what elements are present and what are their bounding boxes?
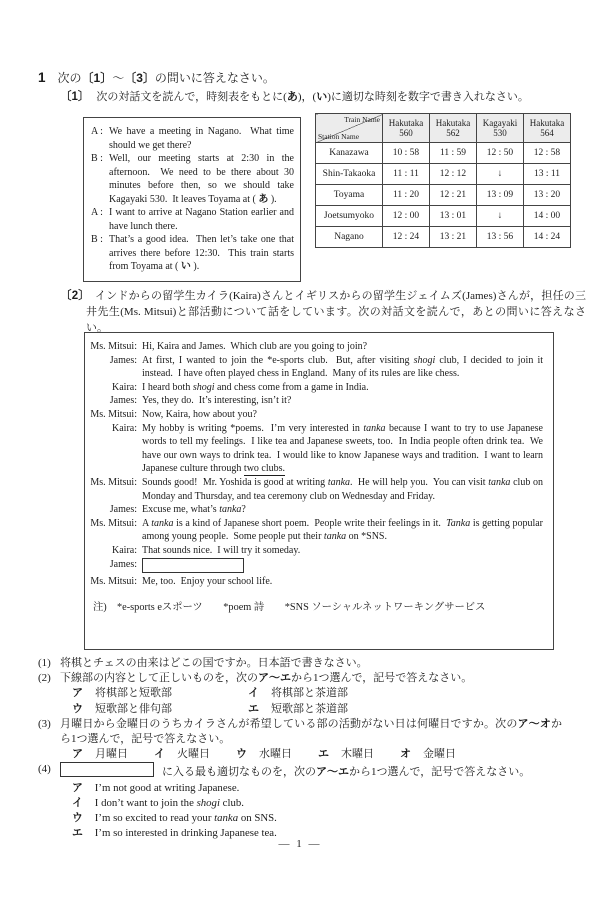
dialogue-turn: Ms. Mitsui Me, too. Enjoy your school li… bbox=[89, 575, 543, 589]
option-item: イ将棋部と茶道部 bbox=[248, 686, 562, 701]
option-text: 木曜日 bbox=[341, 748, 374, 760]
time-cell: 12 : 21 bbox=[430, 185, 477, 206]
option-text: 火曜日 bbox=[177, 748, 210, 760]
option-item: エ短歌部と茶道部 bbox=[248, 702, 562, 717]
dialogue-text: Me, too. Enjoy your school life. bbox=[142, 575, 543, 589]
page-number: — 1 — bbox=[0, 838, 600, 850]
speaker-label: James bbox=[89, 354, 137, 381]
dialogue-text: Excuse me, what’s tanka? bbox=[142, 503, 543, 517]
option-item: ウ短歌部と俳句部 bbox=[72, 702, 248, 717]
timetable-row: Toyama 11 : 20 12 : 21 13 : 09 13 : 20 bbox=[316, 185, 571, 206]
option-label: オ bbox=[400, 748, 411, 760]
dialogue-text: That’s a good idea. Then let’s take one … bbox=[109, 233, 294, 274]
section2-instruction: インドからの留学生カイラ(Kaira)さんとイギリスからの留学生ジェイムズ(Ja… bbox=[86, 290, 586, 334]
dialogue-text: That sounds nice. I will try it someday. bbox=[142, 544, 543, 558]
option-label: イ bbox=[154, 748, 165, 760]
time-cell: 11 : 59 bbox=[430, 143, 477, 164]
time-cell: ↓ bbox=[477, 206, 524, 227]
dialogue2-turns: Ms. Mitsui Hi, Kaira and James. Which cl… bbox=[89, 340, 543, 589]
option-text: I don’t want to join the shogi club. bbox=[95, 797, 244, 809]
time-cell: 13 : 09 bbox=[477, 185, 524, 206]
speaker-label: James bbox=[89, 503, 137, 517]
answer-blank-box bbox=[142, 558, 244, 573]
dialogue-text: Now, Kaira, how about you? bbox=[142, 408, 543, 422]
dialogue-text: We have a meeting in Nagano. What time s… bbox=[109, 125, 294, 152]
speaker-label: B bbox=[91, 152, 103, 206]
speaker-label: James bbox=[89, 558, 137, 576]
dialogue-text: Sounds good! Mr. Yoshida is good at writ… bbox=[142, 476, 543, 503]
option-label: ウ bbox=[72, 703, 83, 715]
option-label: ア bbox=[72, 687, 83, 699]
speaker-label: A bbox=[91, 125, 103, 152]
option-item: ウ水曜日 bbox=[236, 747, 292, 762]
dialogue-turn: Ms. Mitsui Sounds good! Mr. Yoshida is g… bbox=[89, 476, 543, 503]
dialogue-text bbox=[142, 558, 543, 576]
dialogue-turn: Kaira I heard both shogi and chess come … bbox=[89, 381, 543, 395]
dialogue-turn: James Yes, they do. It’s interesting, is… bbox=[89, 394, 543, 408]
option-label: ア bbox=[72, 782, 83, 794]
option-text: 水曜日 bbox=[259, 748, 292, 760]
dialogue-turn: James At first, I wanted to join the *e-… bbox=[89, 354, 543, 381]
speaker-label: B bbox=[91, 233, 103, 274]
option-text: 金曜日 bbox=[423, 748, 456, 760]
dialogue-text: My hobby is writing *poems. I’m very int… bbox=[142, 422, 543, 476]
option-label: ウ bbox=[72, 812, 83, 824]
question-2: (2) 下線部の内容として正しいものを，次のア～エから1つ選んで，記号で答えなさ… bbox=[38, 671, 562, 686]
option-item: ウI’m so excited to read your tanka on SN… bbox=[72, 811, 562, 826]
section1-instruction: 次の対話文を読んで，時刻表をもとに(あ)，(い)に適切な時刻を数字で書き入れなさ… bbox=[96, 91, 528, 103]
dialogue-turn: A We have a meeting in Nagano. What time… bbox=[91, 125, 294, 152]
question-text: 将棋とチェスの由来はどこの国ですか。日本語で書きなさい。 bbox=[60, 656, 562, 671]
option-text: I’m not good at writing Japanese. bbox=[95, 782, 240, 794]
option-text: 将棋部と茶道部 bbox=[271, 687, 348, 699]
time-cell: 12 : 24 bbox=[383, 227, 430, 248]
option-text: I’m so excited to read your tanka on SNS… bbox=[95, 812, 277, 824]
question-number: (4) bbox=[38, 762, 60, 780]
speaker-label: A bbox=[91, 206, 103, 233]
section2-heading: 〔2〕インドからの留学生カイラ(Kaira)さんとイギリスからの留学生ジェイムズ… bbox=[60, 288, 586, 337]
train-timetable: Train Name Station Name Hakutaka 560 Hak… bbox=[315, 113, 571, 248]
dialogue-turn: B Well, our meeting starts at 2:30 in th… bbox=[91, 152, 294, 206]
speaker-label: Kaira bbox=[89, 544, 137, 558]
dialogue-box-2: Ms. Mitsui Hi, Kaira and James. Which cl… bbox=[84, 332, 554, 650]
speaker-label: Ms. Mitsui bbox=[89, 476, 137, 503]
station-name-cell: Joetsumyoko bbox=[316, 206, 383, 227]
time-cell: 12 : 12 bbox=[430, 164, 477, 185]
dialogue-turn: B That’s a good idea. Then let’s take on… bbox=[91, 233, 294, 274]
dialogue-turn: Ms. Mitsui Now, Kaira, how about you? bbox=[89, 408, 543, 422]
speaker-label: Kaira bbox=[89, 422, 137, 476]
option-label: エ bbox=[318, 748, 329, 760]
corner-station-name-label: Station Name bbox=[318, 132, 359, 141]
question-3: (3) 月曜日から金曜日のうちカイラさんが希望している部の活動がない日は何曜日で… bbox=[38, 717, 562, 747]
time-cell: 11 : 11 bbox=[383, 164, 430, 185]
station-name-cell: Shin-Takaoka bbox=[316, 164, 383, 185]
option-text: 短歌部と俳句部 bbox=[95, 703, 172, 715]
time-cell: 11 : 20 bbox=[383, 185, 430, 206]
dialogue-turn: Ms. Mitsui A tanka is a kind of Japanese… bbox=[89, 517, 543, 544]
time-cell: 14 : 00 bbox=[524, 206, 571, 227]
timetable-header-row: Train Name Station Name Hakutaka 560 Hak… bbox=[316, 114, 571, 143]
question-text: 下線部の内容として正しいものを，次のア～エから1つ選んで，記号で答えなさい。 bbox=[60, 671, 562, 686]
time-cell: 13 : 11 bbox=[524, 164, 571, 185]
vocabulary-notes: 注) *e-sports eスポーツ *poem 詩 *SNS ソーシャルネット… bbox=[93, 601, 543, 615]
station-name-cell: Kanazawa bbox=[316, 143, 383, 164]
train-header: Hakutaka 562 bbox=[430, 114, 477, 143]
station-name-cell: Toyama bbox=[316, 185, 383, 206]
section2-label: 〔2〕 bbox=[60, 290, 90, 302]
speaker-label: Ms. Mitsui bbox=[89, 340, 137, 354]
main-question-number: 1 bbox=[38, 70, 46, 85]
train-header: Hakutaka 560 bbox=[383, 114, 430, 143]
dialogue-turn: James Excuse me, what’s tanka? bbox=[89, 503, 543, 517]
dialogue-text: Yes, they do. It’s interesting, isn’t it… bbox=[142, 394, 543, 408]
dialogue-turn: James bbox=[89, 558, 543, 576]
option-label: イ bbox=[72, 797, 83, 809]
option-label: イ bbox=[248, 687, 259, 699]
option-item: イI don’t want to join the shogi club. bbox=[72, 796, 562, 811]
question-text: 月曜日から金曜日のうちカイラさんが希望している部の活動がない日は何曜日ですか。次… bbox=[60, 717, 562, 747]
train-header: Kagayaki 530 bbox=[477, 114, 524, 143]
timetable-corner-cell: Train Name Station Name bbox=[316, 114, 383, 143]
questions: (1) 将棋とチェスの由来はどこの国ですか。日本語で書きなさい。 (2) 下線部… bbox=[38, 656, 562, 841]
question-number: (1) bbox=[38, 656, 60, 671]
time-cell: 12 : 00 bbox=[383, 206, 430, 227]
dialogue-turn: Kaira That sounds nice. I will try it so… bbox=[89, 544, 543, 558]
speaker-label: Ms. Mitsui bbox=[89, 408, 137, 422]
time-cell: 12 : 50 bbox=[477, 143, 524, 164]
option-item: ア将棋部と短歌部 bbox=[72, 686, 248, 701]
question-number: (2) bbox=[38, 671, 60, 686]
main-question-heading: 1次の〔1〕～〔3〕の問いに答えなさい。 bbox=[38, 69, 275, 86]
option-label: ア bbox=[72, 748, 83, 760]
question-4: (4) に入る最も適切なものを，次のア～エから1つ選んで，記号で答えなさい。 bbox=[38, 762, 562, 780]
question-2-options: ア将棋部と短歌部 イ将棋部と茶道部 ウ短歌部と俳句部 エ短歌部と茶道部 bbox=[38, 686, 562, 716]
option-item: ア月曜日 bbox=[72, 747, 128, 762]
answer-blank-box bbox=[60, 762, 154, 777]
option-item: オ金曜日 bbox=[400, 747, 456, 762]
section1-heading: 〔1〕次の対話文を読んで，時刻表をもとに(あ)，(い)に適切な時刻を数字で書き入… bbox=[60, 88, 529, 104]
dialogue-turn: A I want to arrive at Nagano Station ear… bbox=[91, 206, 294, 233]
dialogue-turn: Ms. Mitsui Hi, Kaira and James. Which cl… bbox=[89, 340, 543, 354]
time-cell: 14 : 24 bbox=[524, 227, 571, 248]
speaker-label: Kaira bbox=[89, 381, 137, 395]
timetable-row: Nagano 12 : 24 13 : 21 13 : 56 14 : 24 bbox=[316, 227, 571, 248]
option-text: 将棋部と短歌部 bbox=[95, 687, 172, 699]
timetable-row: Shin-Takaoka 11 : 11 12 : 12 ↓ 13 : 11 bbox=[316, 164, 571, 185]
time-cell: 13 : 01 bbox=[430, 206, 477, 227]
option-label: ウ bbox=[236, 748, 247, 760]
question-4-options: アI’m not good at writing Japanese. イI do… bbox=[38, 781, 562, 842]
timetable-row: Joetsumyoko 12 : 00 13 : 01 ↓ 14 : 00 bbox=[316, 206, 571, 227]
speaker-label: Ms. Mitsui bbox=[89, 575, 137, 589]
question-text: に入る最も適切なものを，次のア～エから1つ選んで，記号で答えなさい。 bbox=[60, 762, 562, 780]
dialogue-turn: Kaira My hobby is writing *poems. I’m ve… bbox=[89, 422, 543, 476]
section1-label: 〔1〕 bbox=[60, 91, 89, 103]
question-1: (1) 将棋とチェスの由来はどこの国ですか。日本語で書きなさい。 bbox=[38, 656, 562, 671]
question-3-options: ア月曜日 イ火曜日 ウ水曜日 エ木曜日 オ金曜日 bbox=[38, 747, 562, 762]
speaker-label: Ms. Mitsui bbox=[89, 517, 137, 544]
option-text: 月曜日 bbox=[95, 748, 128, 760]
dialogue-text: Hi, Kaira and James. Which club are you … bbox=[142, 340, 543, 354]
time-cell: ↓ bbox=[477, 164, 524, 185]
dialogue-text: I heard both shogi and chess come from a… bbox=[142, 381, 543, 395]
main-question-instruction: 次の〔1〕～〔3〕の問いに答えなさい。 bbox=[58, 71, 275, 85]
speaker-label: James bbox=[89, 394, 137, 408]
question-number: (3) bbox=[38, 717, 60, 747]
time-cell: 12 : 58 bbox=[524, 143, 571, 164]
station-name-cell: Nagano bbox=[316, 227, 383, 248]
dialogue-text: At first, I wanted to join the *e-sports… bbox=[142, 354, 543, 381]
dialogue-text: A tanka is a kind of Japanese short poem… bbox=[142, 517, 543, 544]
timetable-row: Kanazawa 10 : 58 11 : 59 12 : 50 12 : 58 bbox=[316, 143, 571, 164]
corner-train-name-label: Train Name bbox=[344, 115, 380, 124]
option-text: 短歌部と茶道部 bbox=[271, 703, 348, 715]
time-cell: 13 : 20 bbox=[524, 185, 571, 206]
train-header: Hakutaka 564 bbox=[524, 114, 571, 143]
option-item: アI’m not good at writing Japanese. bbox=[72, 781, 562, 796]
time-cell: 13 : 56 bbox=[477, 227, 524, 248]
dialogue-text: Well, our meeting starts at 2:30 in the … bbox=[109, 152, 294, 206]
exam-page: 1次の〔1〕～〔3〕の問いに答えなさい。 〔1〕次の対話文を読んで，時刻表をもと… bbox=[0, 0, 600, 900]
dialogue-text: I want to arrive at Nagano Station earli… bbox=[109, 206, 294, 233]
dialogue-box-1: A We have a meeting in Nagano. What time… bbox=[83, 117, 301, 282]
option-label: エ bbox=[248, 703, 259, 715]
time-cell: 13 : 21 bbox=[430, 227, 477, 248]
option-item: イ火曜日 bbox=[154, 747, 210, 762]
time-cell: 10 : 58 bbox=[383, 143, 430, 164]
option-item: エ木曜日 bbox=[318, 747, 374, 762]
